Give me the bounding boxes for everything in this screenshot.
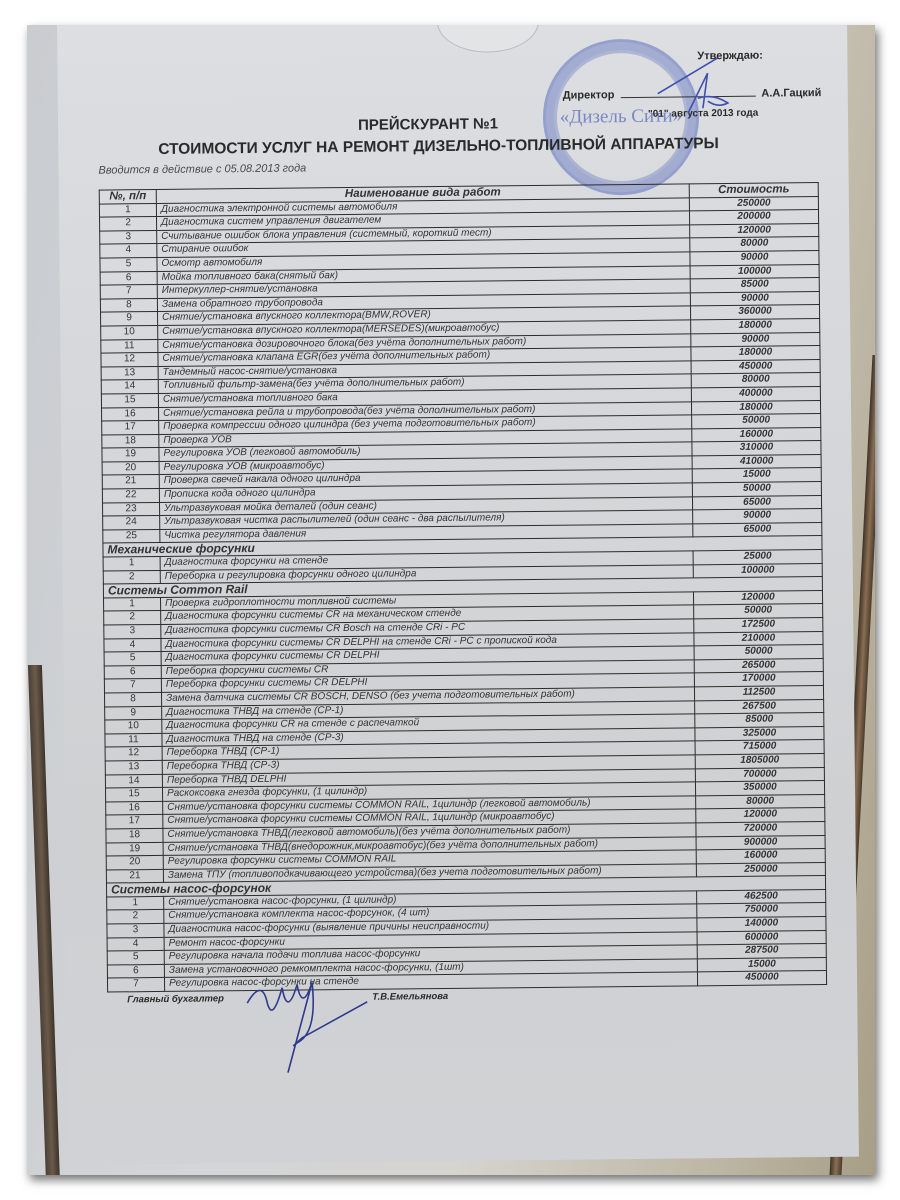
service-price: 250000 xyxy=(696,862,825,877)
service-price: 170000 xyxy=(694,672,823,687)
service-price: 360000 xyxy=(690,305,819,320)
row-number: 11 xyxy=(101,339,158,353)
service-price: 50000 xyxy=(694,604,823,619)
price-list-document: «Дизель Сити» Утверждаю: ДиректорА.А.Гац… xyxy=(57,25,859,1165)
row-number: 24 xyxy=(103,516,160,530)
service-price: 400000 xyxy=(691,386,820,401)
row-number: 14 xyxy=(101,380,158,394)
service-price: 450000 xyxy=(697,971,826,986)
service-price: 410000 xyxy=(692,454,821,469)
service-price: 210000 xyxy=(694,631,823,646)
row-number: 13 xyxy=(101,366,158,380)
service-price: 25000 xyxy=(693,550,822,565)
service-price: 50000 xyxy=(692,482,821,497)
row-number: 7 xyxy=(104,679,161,693)
service-price: 462500 xyxy=(697,889,826,904)
row-number: 9 xyxy=(105,706,162,720)
signature-blank xyxy=(620,96,755,98)
photo-frame: «Дизель Сити» Утверждаю: ДиректорА.А.Гац… xyxy=(27,25,875,1175)
service-price: 900000 xyxy=(696,835,825,850)
service-price: 120000 xyxy=(690,223,819,238)
row-number: 18 xyxy=(102,434,159,448)
approve-label: Утверждаю: xyxy=(697,50,763,63)
service-price: 100000 xyxy=(690,264,819,279)
row-number: 5 xyxy=(104,652,161,666)
row-number: 20 xyxy=(102,461,159,475)
column-header-number: №, п/п xyxy=(99,189,156,203)
approval-date: "01" августа 2013 года xyxy=(648,108,758,120)
document-title: ПРЕЙСКУРАНТ №1 xyxy=(358,115,498,133)
row-number: 10 xyxy=(101,325,158,339)
service-price: 120000 xyxy=(696,808,825,823)
row-number: 19 xyxy=(102,448,159,462)
service-price: 160000 xyxy=(696,849,825,864)
service-price: 85000 xyxy=(695,713,824,728)
service-price: 85000 xyxy=(690,278,819,293)
service-price: 325000 xyxy=(695,726,824,741)
row-number: 20 xyxy=(106,856,163,870)
accountant-label: Главный бухгалтер xyxy=(127,993,224,1005)
row-number: 2 xyxy=(104,611,161,625)
service-price: 1805000 xyxy=(695,753,824,768)
accountant-signature-icon xyxy=(242,972,373,1083)
column-header-price: Стоимость xyxy=(689,183,818,198)
service-price: 100000 xyxy=(693,563,822,578)
price-table: №, п/п Наименование вида работ Стоимость… xyxy=(99,182,827,993)
row-number: 5 xyxy=(100,257,157,271)
row-number: 21 xyxy=(106,869,163,883)
service-price: 350000 xyxy=(695,781,824,796)
row-number: 10 xyxy=(105,720,162,734)
row-number: 2 xyxy=(100,217,157,231)
director-name: А.А.Гацкий xyxy=(761,87,821,100)
service-price: 200000 xyxy=(689,210,818,225)
row-number: 3 xyxy=(107,923,164,937)
service-price: 700000 xyxy=(695,767,824,782)
frame-edge-left xyxy=(28,665,60,1175)
row-number: 4 xyxy=(104,638,161,652)
row-number: 3 xyxy=(104,624,161,638)
service-price: 80000 xyxy=(690,237,819,252)
service-price: 65000 xyxy=(692,495,821,510)
row-number: 22 xyxy=(102,489,159,503)
service-price: 265000 xyxy=(694,658,823,673)
service-price: 90000 xyxy=(693,509,822,524)
service-price: 112500 xyxy=(694,685,823,700)
row-number: 25 xyxy=(103,529,160,543)
service-price: 250000 xyxy=(689,196,818,211)
service-price: 450000 xyxy=(691,359,820,374)
row-number: 4 xyxy=(100,244,157,258)
row-number: 8 xyxy=(104,692,161,706)
row-number: 3 xyxy=(100,230,157,244)
service-price: 720000 xyxy=(696,821,825,836)
row-number: 15 xyxy=(101,393,158,407)
effective-date: Вводится в действие с 05.08.2013 года xyxy=(98,162,306,176)
row-number: 9 xyxy=(101,312,158,326)
price-table-body: 1Диагностика электронной системы автомоб… xyxy=(99,196,826,992)
service-price: 160000 xyxy=(692,427,821,442)
row-number: 16 xyxy=(102,407,159,421)
row-number: 15 xyxy=(105,788,162,802)
service-price: 172500 xyxy=(694,618,823,633)
service-price: 15000 xyxy=(697,957,826,972)
service-price: 140000 xyxy=(697,917,826,932)
row-number: 14 xyxy=(105,774,162,788)
row-number: 16 xyxy=(106,801,163,815)
row-number: 17 xyxy=(106,815,163,829)
row-number: 1 xyxy=(104,597,161,611)
accountant-name: Т.В.Емельянова xyxy=(372,991,448,1003)
row-number: 18 xyxy=(106,828,163,842)
row-number: 8 xyxy=(100,298,157,312)
service-price: 80000 xyxy=(691,373,820,388)
service-price: 750000 xyxy=(697,903,826,918)
row-number: 6 xyxy=(107,964,164,978)
service-price: 90000 xyxy=(690,251,819,266)
service-price: 310000 xyxy=(692,441,821,456)
service-price: 15000 xyxy=(692,468,821,483)
service-price: 267500 xyxy=(695,699,824,714)
row-number: 1 xyxy=(103,556,160,570)
service-price: 50000 xyxy=(692,414,821,429)
service-price: 90000 xyxy=(691,332,820,347)
service-price: 715000 xyxy=(695,740,824,755)
service-price: 80000 xyxy=(696,794,825,809)
service-price: 180000 xyxy=(691,346,820,361)
row-number: 7 xyxy=(100,285,157,299)
row-number: 12 xyxy=(101,353,158,367)
service-price: 90000 xyxy=(690,291,819,306)
row-number: 23 xyxy=(103,502,160,516)
punch-hole xyxy=(437,25,540,53)
service-price: 120000 xyxy=(693,590,822,605)
row-number: 1 xyxy=(99,203,156,217)
row-number: 19 xyxy=(106,842,163,856)
row-number: 2 xyxy=(103,570,160,584)
row-number: 4 xyxy=(107,937,164,951)
row-number: 5 xyxy=(107,951,164,965)
service-price: 287500 xyxy=(697,944,826,959)
director-line: ДиректорА.А.Гацкий xyxy=(563,87,822,102)
row-number: 17 xyxy=(102,421,159,435)
row-number: 21 xyxy=(102,475,159,489)
row-number: 13 xyxy=(105,760,162,774)
director-label: Директор xyxy=(563,89,615,102)
row-number: 6 xyxy=(104,665,161,679)
row-number: 12 xyxy=(105,747,162,761)
service-price: 180000 xyxy=(691,318,820,333)
service-price: 600000 xyxy=(697,930,826,945)
service-price: 65000 xyxy=(693,522,822,537)
row-number: 11 xyxy=(105,733,162,747)
row-number: 6 xyxy=(100,271,157,285)
row-number: 7 xyxy=(107,978,164,992)
row-number: 2 xyxy=(107,910,164,924)
service-price: 50000 xyxy=(694,645,823,660)
row-number: 1 xyxy=(107,896,164,910)
service-price: 180000 xyxy=(691,400,820,415)
